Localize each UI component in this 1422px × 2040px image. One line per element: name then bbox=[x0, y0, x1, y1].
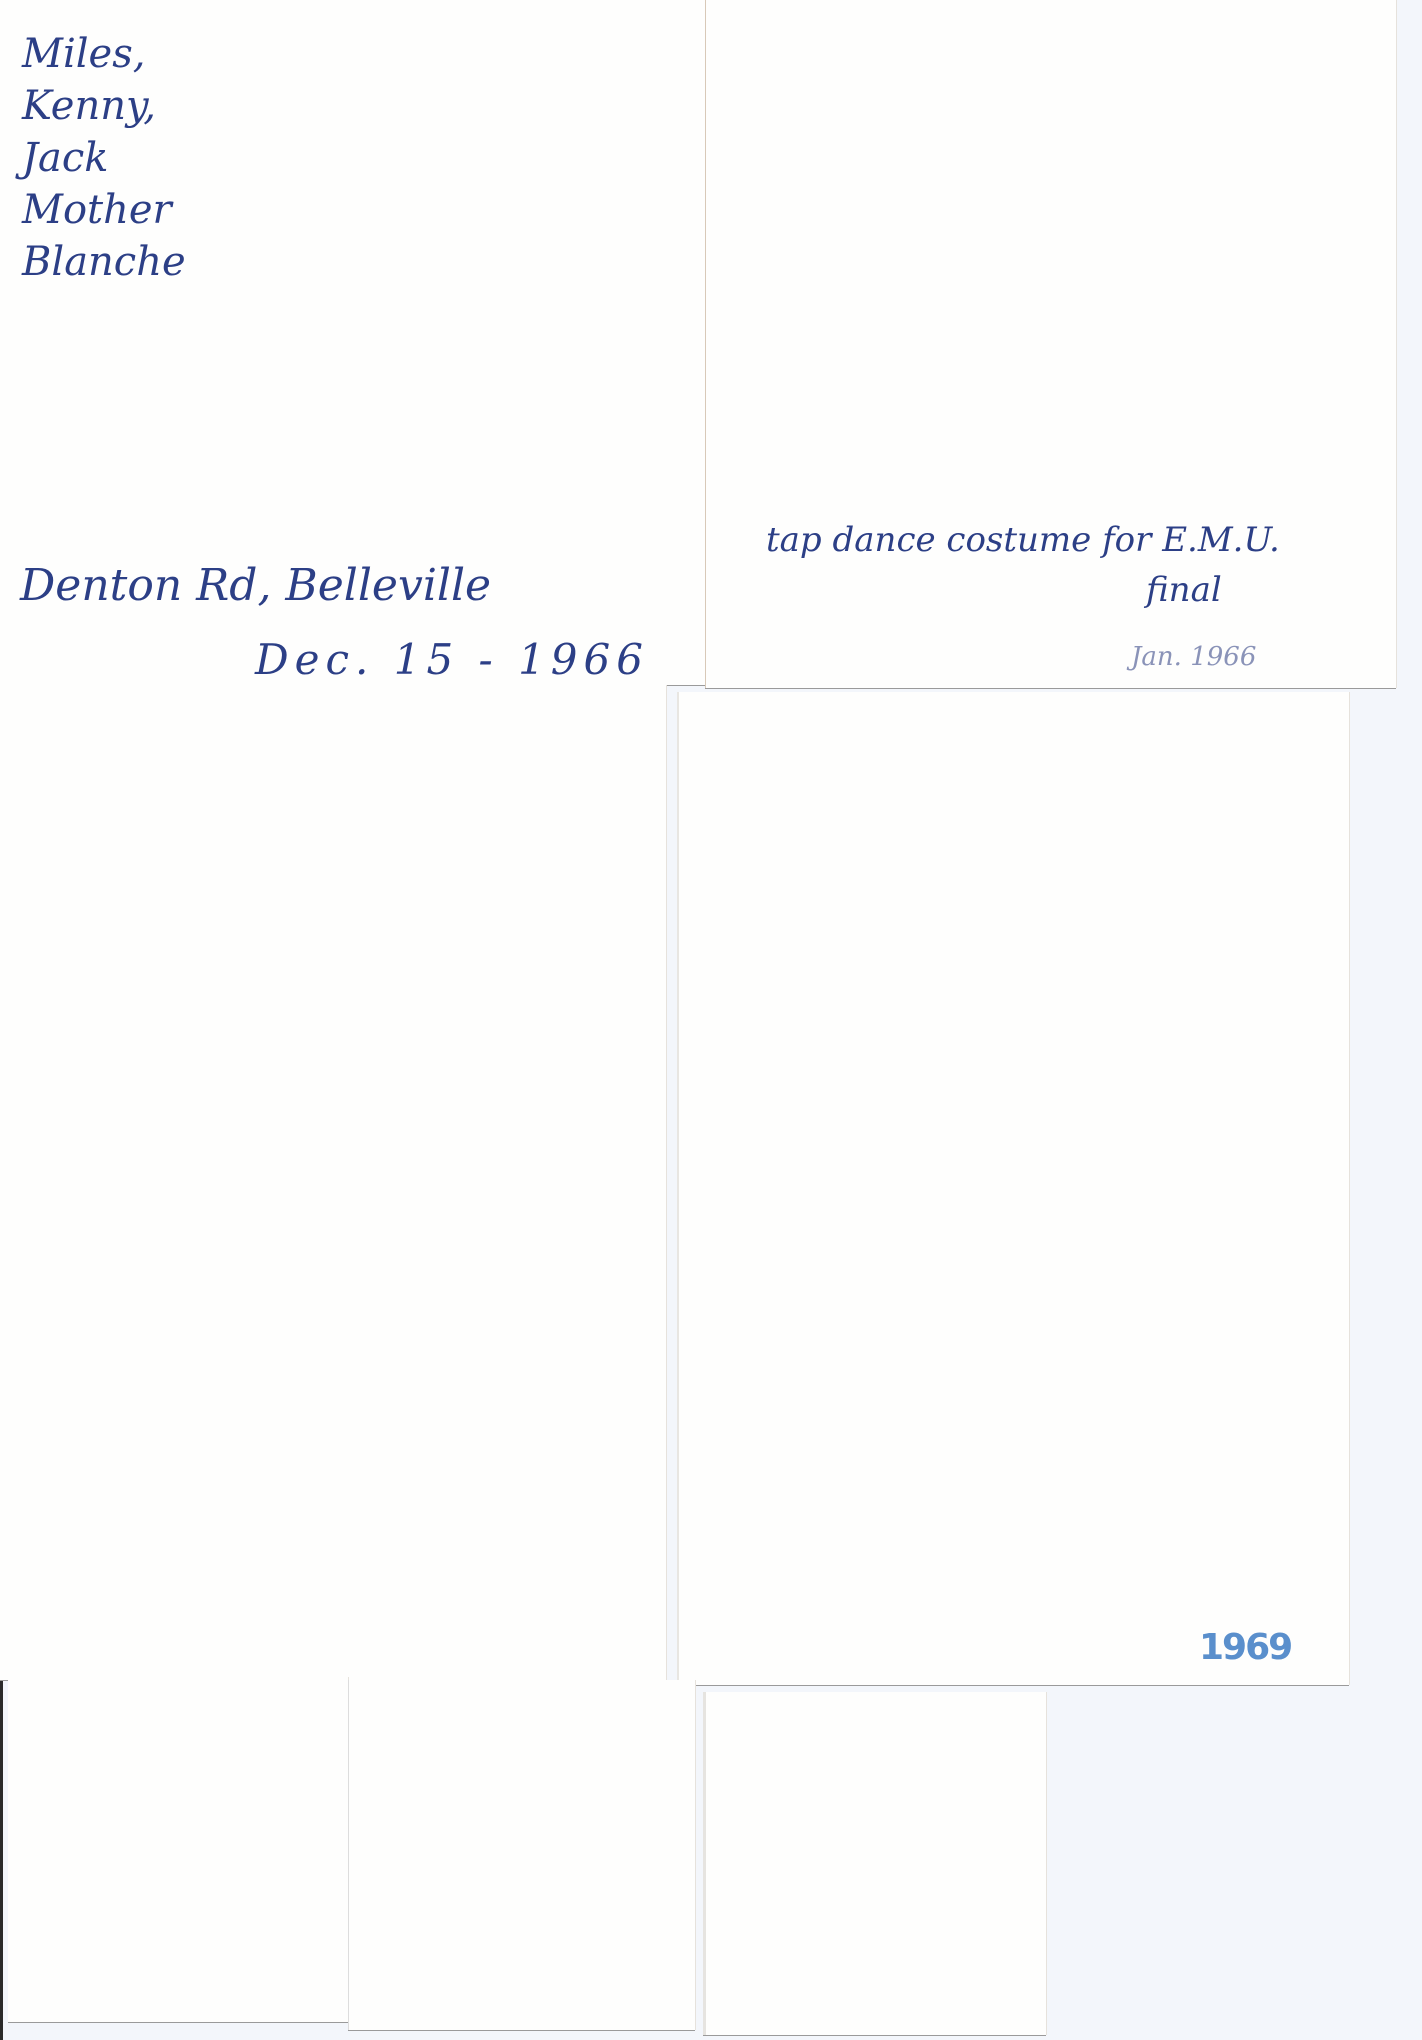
date-handwriting: Dec. 15 - 1966 bbox=[255, 635, 649, 684]
photo-back-card-7 bbox=[703, 1692, 1046, 2035]
name-line: Miles, bbox=[22, 31, 145, 77]
name-line: Blanche bbox=[22, 239, 186, 285]
address-handwriting: Denton Rd, Belleville bbox=[20, 560, 491, 611]
photo-back-card-3 bbox=[0, 685, 666, 1680]
name-line: Kenny, bbox=[22, 83, 156, 129]
photo-back-card-2: tap dance costume for E.M.U. final Jan. … bbox=[705, 0, 1396, 688]
name-line: Jack bbox=[22, 135, 109, 181]
name-line: Mother bbox=[22, 187, 172, 233]
caption-handwriting: tap dance costume for E.M.U. bbox=[766, 520, 1280, 560]
photo-back-card-4: 1969 bbox=[677, 692, 1349, 1685]
year-stamp: 1969 bbox=[1199, 1627, 1291, 1668]
names-handwriting: Miles, Kenny, Jack Mother Blanche bbox=[22, 28, 186, 288]
caption-line2-handwriting: final bbox=[1146, 570, 1222, 610]
pencil-date: Jan. 1966 bbox=[1131, 642, 1256, 672]
photo-back-card-5 bbox=[8, 1677, 348, 2022]
photo-back-card-1: Miles, Kenny, Jack Mother Blanche Denton… bbox=[0, 0, 705, 685]
photo-back-card-6 bbox=[348, 1680, 695, 2030]
